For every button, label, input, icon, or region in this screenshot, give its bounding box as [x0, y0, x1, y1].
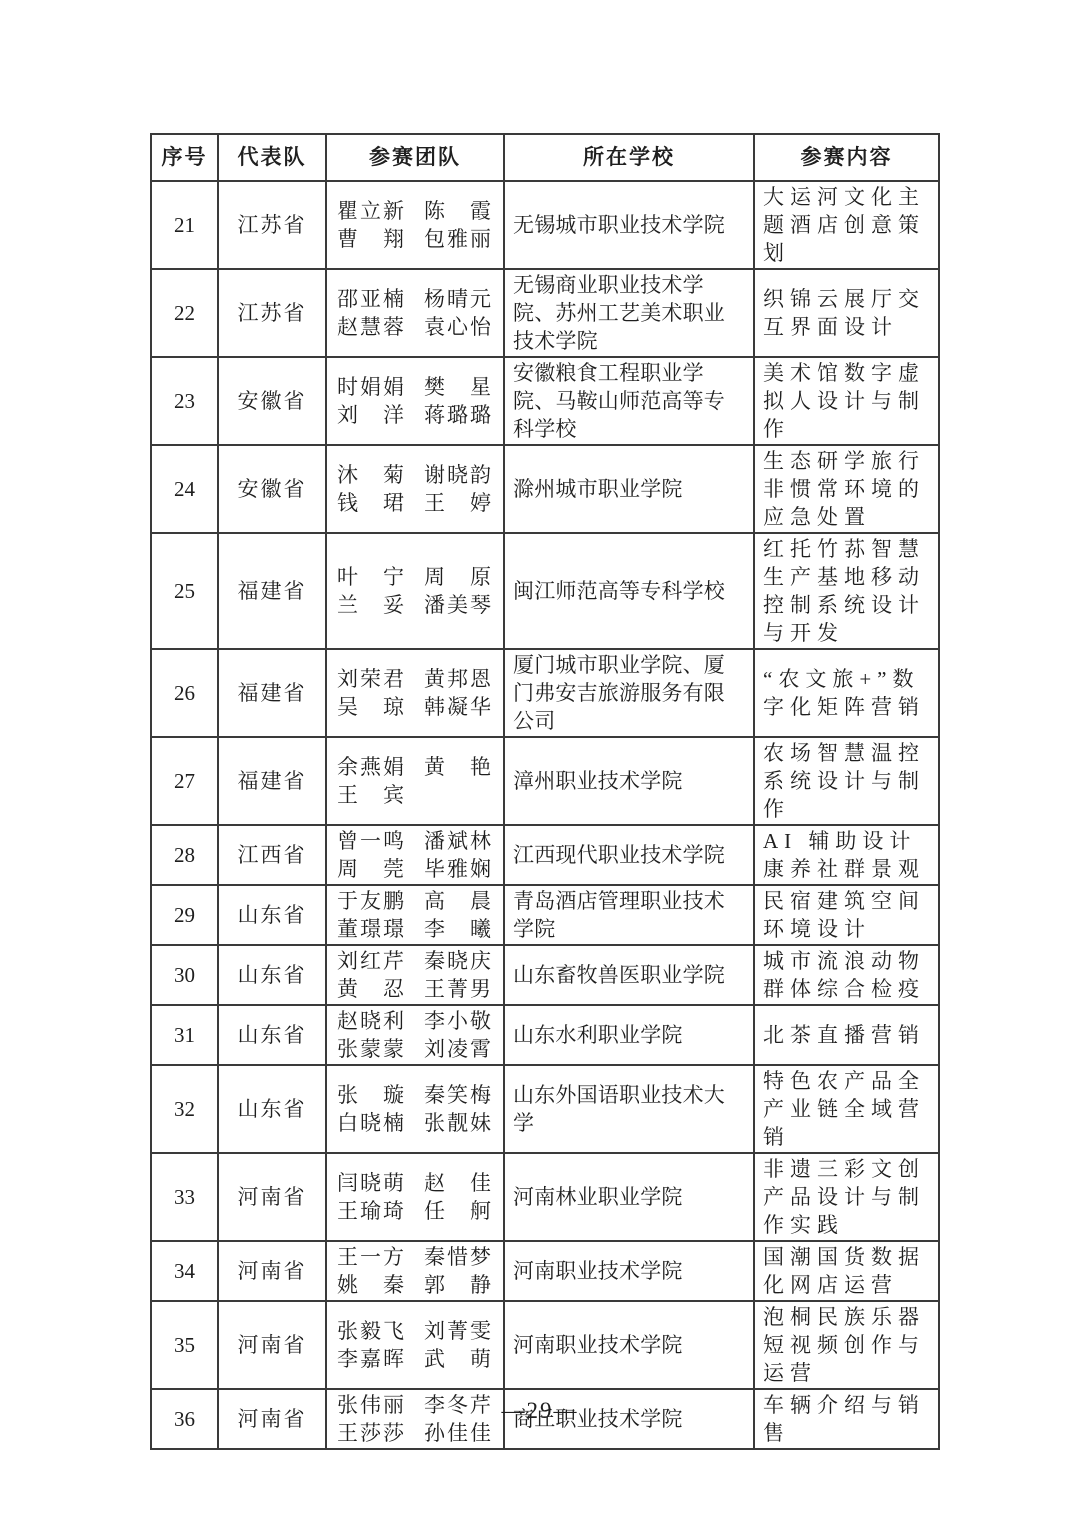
cell-serial-number: 28 [151, 825, 218, 885]
table-row: 33 河南省 闫晓萌 赵 佳 王瑜琦 任 舸 河南林业职业学院 非遗三彩文创产品… [151, 1153, 939, 1241]
table-row: 27 福建省 余燕娟 黄 艳 王 宾 漳州职业技术学院 农场智慧温控系统设计与制… [151, 737, 939, 825]
member-name: 刘 洋 [337, 401, 406, 429]
member-name: 赵 佳 [424, 1169, 493, 1197]
member-line: 张蒙蒙 刘凌霄 [337, 1035, 493, 1063]
member-name: 邵亚楠 [337, 285, 406, 313]
cell-entry-content: 红托竹荪智慧生产基地移动控制系统设计与开发 [754, 533, 939, 649]
cell-serial-number: 33 [151, 1153, 218, 1241]
member-line: 余燕娟 黄 艳 [337, 753, 493, 781]
member-name: 高 晨 [424, 887, 493, 915]
table-row: 22 江苏省 邵亚楠 杨晴元 赵慧蓉 袁心怡 无锡商业职业技术学院、苏州工艺美术… [151, 269, 939, 357]
cell-delegation: 安徽省 [218, 357, 326, 445]
member-line: 李嘉晖 武 萌 [337, 1345, 493, 1373]
cell-serial-number: 24 [151, 445, 218, 533]
cell-entry-content: 民宿建筑空间环境设计 [754, 885, 939, 945]
member-name: 兰 妥 [337, 591, 406, 619]
cell-team-members: 刘荣君 黄邦恩 吴 琼 韩凝华 [326, 649, 504, 737]
member-line: 叶 宁 周 原 [337, 563, 493, 591]
cell-team-members: 王一方 秦惜梦 姚 秦 郭 静 [326, 1241, 504, 1301]
member-name: 刘荣君 [337, 665, 406, 693]
cell-delegation: 山东省 [218, 1065, 326, 1153]
cell-delegation: 安徽省 [218, 445, 326, 533]
member-name: 吴 琼 [337, 693, 406, 721]
cell-team-members: 瞿立新 陈 霞 曹 翔 包雅丽 [326, 181, 504, 269]
member-name: 樊 星 [424, 373, 493, 401]
member-name: 赵慧蓉 [337, 313, 406, 341]
cell-school: 漳州职业技术学院 [504, 737, 754, 825]
table-row: 25 福建省 叶 宁 周 原 兰 妥 潘美琴 闽江师范高等专科学校 红托竹荪智慧… [151, 533, 939, 649]
member-name: 瞿立新 [337, 197, 406, 225]
member-line: 吴 琼 韩凝华 [337, 693, 493, 721]
header-delegation: 代表队 [218, 134, 326, 181]
cell-delegation: 福建省 [218, 649, 326, 737]
cell-team-members: 刘红芹 秦晓庆 黄 忍 王菁男 [326, 945, 504, 1005]
member-name: 李小敬 [424, 1007, 493, 1035]
cell-team-members: 邵亚楠 杨晴元 赵慧蓉 袁心怡 [326, 269, 504, 357]
member-line: 王瑜琦 任 舸 [337, 1197, 493, 1225]
cell-serial-number: 32 [151, 1065, 218, 1153]
member-line: 邵亚楠 杨晴元 [337, 285, 493, 313]
cell-delegation: 山东省 [218, 885, 326, 945]
member-name: 李 曦 [424, 915, 493, 943]
cell-school: 安徽粮食工程职业学院、马鞍山师范高等专科学校 [504, 357, 754, 445]
member-name: 刘红芹 [337, 947, 406, 975]
table-row: 29 山东省 于友鹏 高 晨 董璟璟 李 曦 青岛酒店管理职业技术学院 民宿建筑… [151, 885, 939, 945]
member-line: 兰 妥 潘美琴 [337, 591, 493, 619]
cell-school: 无锡城市职业技术学院 [504, 181, 754, 269]
member-line: 曹 翔 包雅丽 [337, 225, 493, 253]
document-page: 序号 代表队 参赛团队 所在学校 参赛内容 21 江苏省 瞿立新 陈 霞 曹 翔… [0, 0, 1080, 1528]
table-row: 26 福建省 刘荣君 黄邦恩 吴 琼 韩凝华 厦门城市职业学院、厦门弗安吉旅游服… [151, 649, 939, 737]
cell-entry-content: 城市流浪动物群体综合检疫 [754, 945, 939, 1005]
cell-entry-content: “农文旅+”数字化矩阵营销 [754, 649, 939, 737]
table-row: 35 河南省 张毅飞 刘菁雯 李嘉晖 武 萌 河南职业技术学院 泡桐民族乐器短视… [151, 1301, 939, 1389]
cell-delegation: 山东省 [218, 1005, 326, 1065]
cell-team-members: 于友鹏 高 晨 董璟璟 李 曦 [326, 885, 504, 945]
page-number: —29— [0, 1398, 1080, 1424]
member-name: 赵晓利 [337, 1007, 406, 1035]
member-name: 刘凌霄 [424, 1035, 493, 1063]
cell-serial-number: 22 [151, 269, 218, 357]
member-name: 蒋璐璐 [424, 401, 493, 429]
member-name: 王一方 [337, 1243, 406, 1271]
member-line: 刘荣君 黄邦恩 [337, 665, 493, 693]
member-line: 瞿立新 陈 霞 [337, 197, 493, 225]
cell-serial-number: 23 [151, 357, 218, 445]
member-line: 张 璇 秦笑梅 [337, 1081, 493, 1109]
cell-team-members: 闫晓萌 赵 佳 王瑜琦 任 舸 [326, 1153, 504, 1241]
cell-serial-number: 25 [151, 533, 218, 649]
cell-school: 青岛酒店管理职业技术学院 [504, 885, 754, 945]
member-name: 杨晴元 [424, 285, 493, 313]
cell-team-members: 赵晓利 李小敬 张蒙蒙 刘凌霄 [326, 1005, 504, 1065]
cell-delegation: 江苏省 [218, 181, 326, 269]
member-name: 秦笑梅 [424, 1081, 493, 1109]
member-line: 时娟娟 樊 星 [337, 373, 493, 401]
member-line: 黄 忍 王菁男 [337, 975, 493, 1003]
member-name: 李嘉晖 [337, 1345, 406, 1373]
table-row: 24 安徽省 沐 菊 谢晓韵 钱 珺 王 婷 滁州城市职业学院 生态研学旅行非惯… [151, 445, 939, 533]
cell-team-members: 张毅飞 刘菁雯 李嘉晖 武 萌 [326, 1301, 504, 1389]
member-name: 韩凝华 [424, 693, 493, 721]
member-line: 于友鹏 高 晨 [337, 887, 493, 915]
member-line: 周 莞 毕雅娴 [337, 855, 493, 883]
cell-entry-content: 国潮国货数据化网店运营 [754, 1241, 939, 1301]
cell-serial-number: 29 [151, 885, 218, 945]
member-line: 赵慧蓉 袁心怡 [337, 313, 493, 341]
cell-school: 山东外国语职业技术大学 [504, 1065, 754, 1153]
member-name: 张 璇 [337, 1081, 406, 1109]
member-line: 姚 秦 郭 静 [337, 1271, 493, 1299]
cell-delegation: 江苏省 [218, 269, 326, 357]
member-line: 王 宾 [337, 781, 493, 809]
member-name: 黄 艳 [424, 753, 493, 781]
member-name: 时娟娟 [337, 373, 406, 401]
member-name: 谢晓韵 [424, 461, 493, 489]
member-line: 沐 菊 谢晓韵 [337, 461, 493, 489]
table-row: 30 山东省 刘红芹 秦晓庆 黄 忍 王菁男 山东畜牧兽医职业学院 城市流浪动物… [151, 945, 939, 1005]
cell-serial-number: 34 [151, 1241, 218, 1301]
member-name: 秦晓庆 [424, 947, 493, 975]
cell-team-members: 曾一鸣 潘斌林 周 莞 毕雅娴 [326, 825, 504, 885]
cell-delegation: 山东省 [218, 945, 326, 1005]
member-line: 赵晓利 李小敬 [337, 1007, 493, 1035]
member-name: 董璟璟 [337, 915, 406, 943]
cell-school: 滁州城市职业学院 [504, 445, 754, 533]
member-name: 周 原 [424, 563, 493, 591]
cell-team-members: 余燕娟 黄 艳 王 宾 [326, 737, 504, 825]
cell-school: 河南林业职业学院 [504, 1153, 754, 1241]
cell-team-members: 张 璇 秦笑梅 白晓楠 张靓妹 [326, 1065, 504, 1153]
table-row: 32 山东省 张 璇 秦笑梅 白晓楠 张靓妹 山东外国语职业技术大学 特色农产品… [151, 1065, 939, 1153]
header-school: 所在学校 [504, 134, 754, 181]
member-line: 董璟璟 李 曦 [337, 915, 493, 943]
cell-entry-content: 特色农产品全产业链全域营销 [754, 1065, 939, 1153]
member-name: 张蒙蒙 [337, 1035, 406, 1063]
member-name: 袁心怡 [424, 313, 493, 341]
cell-school: 河南职业技术学院 [504, 1301, 754, 1389]
cell-serial-number: 30 [151, 945, 218, 1005]
cell-school: 闽江师范高等专科学校 [504, 533, 754, 649]
cell-delegation: 河南省 [218, 1301, 326, 1389]
member-line: 白晓楠 张靓妹 [337, 1109, 493, 1137]
header-serial-number: 序号 [151, 134, 218, 181]
cell-entry-content: 泡桐民族乐器短视频创作与运营 [754, 1301, 939, 1389]
cell-school: 山东水利职业学院 [504, 1005, 754, 1065]
member-name: 沐 菊 [337, 461, 406, 489]
cell-delegation: 河南省 [218, 1153, 326, 1241]
table-row: 21 江苏省 瞿立新 陈 霞 曹 翔 包雅丽 无锡城市职业技术学院 大运河文化主… [151, 181, 939, 269]
cell-delegation: 福建省 [218, 737, 326, 825]
cell-entry-content: 美术馆数字虚拟人设计与制作 [754, 357, 939, 445]
header-team-members: 参赛团队 [326, 134, 504, 181]
cell-delegation: 河南省 [218, 1241, 326, 1301]
member-line: 闫晓萌 赵 佳 [337, 1169, 493, 1197]
member-name: 王瑜琦 [337, 1197, 406, 1225]
cell-school: 厦门城市职业学院、厦门弗安吉旅游服务有限公司 [504, 649, 754, 737]
cell-school: 山东畜牧兽医职业学院 [504, 945, 754, 1005]
member-name: 余燕娟 [337, 753, 406, 781]
cell-delegation: 福建省 [218, 533, 326, 649]
member-line: 刘红芹 秦晓庆 [337, 947, 493, 975]
table-row: 34 河南省 王一方 秦惜梦 姚 秦 郭 静 河南职业技术学院 国潮国货数据化网… [151, 1241, 939, 1301]
cell-entry-content: 北茶直播营销 [754, 1005, 939, 1065]
member-name: 潘斌林 [424, 827, 493, 855]
member-name: 黄邦恩 [424, 665, 493, 693]
member-name: 张靓妹 [424, 1109, 493, 1137]
member-name: 潘美琴 [424, 591, 493, 619]
table-header-row: 序号 代表队 参赛团队 所在学校 参赛内容 [151, 134, 939, 181]
member-name: 姚 秦 [337, 1271, 406, 1299]
cell-entry-content: AI 辅助设计康养社群景观 [754, 825, 939, 885]
member-line: 王一方 秦惜梦 [337, 1243, 493, 1271]
member-name: 于友鹏 [337, 887, 406, 915]
cell-school: 无锡商业职业技术学院、苏州工艺美术职业技术学院 [504, 269, 754, 357]
cell-serial-number: 31 [151, 1005, 218, 1065]
table-row: 23 安徽省 时娟娟 樊 星 刘 洋 蒋璐璐 安徽粮食工程职业学院、马鞍山师范高… [151, 357, 939, 445]
member-name: 白晓楠 [337, 1109, 406, 1137]
cell-serial-number: 27 [151, 737, 218, 825]
member-name: 闫晓萌 [337, 1169, 406, 1197]
member-name: 钱 珺 [337, 489, 406, 517]
cell-entry-content: 大运河文化主题酒店创意策划 [754, 181, 939, 269]
member-name: 刘菁雯 [424, 1317, 493, 1345]
member-name: 陈 霞 [424, 197, 493, 225]
cell-entry-content: 非遗三彩文创产品设计与制作实践 [754, 1153, 939, 1241]
cell-team-members: 沐 菊 谢晓韵 钱 珺 王 婷 [326, 445, 504, 533]
member-name: 包雅丽 [424, 225, 493, 253]
member-name: 叶 宁 [337, 563, 406, 591]
member-name: 曹 翔 [337, 225, 406, 253]
member-line: 刘 洋 蒋璐璐 [337, 401, 493, 429]
cell-serial-number: 21 [151, 181, 218, 269]
results-table: 序号 代表队 参赛团队 所在学校 参赛内容 21 江苏省 瞿立新 陈 霞 曹 翔… [150, 133, 940, 1450]
cell-delegation: 江西省 [218, 825, 326, 885]
table-row: 31 山东省 赵晓利 李小敬 张蒙蒙 刘凌霄 山东水利职业学院 北茶直播营销 [151, 1005, 939, 1065]
header-entry-content: 参赛内容 [754, 134, 939, 181]
member-name: 王 婷 [424, 489, 493, 517]
member-name: 武 萌 [424, 1345, 493, 1373]
member-name: 郭 静 [424, 1271, 493, 1299]
cell-entry-content: 生态研学旅行非惯常环境的应急处置 [754, 445, 939, 533]
cell-serial-number: 26 [151, 649, 218, 737]
member-name: 王菁男 [424, 975, 493, 1003]
member-name: 毕雅娴 [424, 855, 493, 883]
table-row: 28 江西省 曾一鸣 潘斌林 周 莞 毕雅娴 江西现代职业技术学院 AI 辅助设… [151, 825, 939, 885]
cell-team-members: 叶 宁 周 原 兰 妥 潘美琴 [326, 533, 504, 649]
cell-entry-content: 农场智慧温控系统设计与制作 [754, 737, 939, 825]
member-line: 钱 珺 王 婷 [337, 489, 493, 517]
member-name: 周 莞 [337, 855, 406, 883]
member-name: 任 舸 [424, 1197, 493, 1225]
cell-entry-content: 织锦云展厅交互界面设计 [754, 269, 939, 357]
member-name: 张毅飞 [337, 1317, 406, 1345]
member-name: 黄 忍 [337, 975, 406, 1003]
member-name: 王 宾 [337, 781, 406, 809]
cell-school: 江西现代职业技术学院 [504, 825, 754, 885]
member-line: 张毅飞 刘菁雯 [337, 1317, 493, 1345]
cell-school: 河南职业技术学院 [504, 1241, 754, 1301]
cell-team-members: 时娟娟 樊 星 刘 洋 蒋璐璐 [326, 357, 504, 445]
cell-serial-number: 35 [151, 1301, 218, 1389]
member-name: 曾一鸣 [337, 827, 406, 855]
member-line: 曾一鸣 潘斌林 [337, 827, 493, 855]
member-name: 秦惜梦 [424, 1243, 493, 1271]
